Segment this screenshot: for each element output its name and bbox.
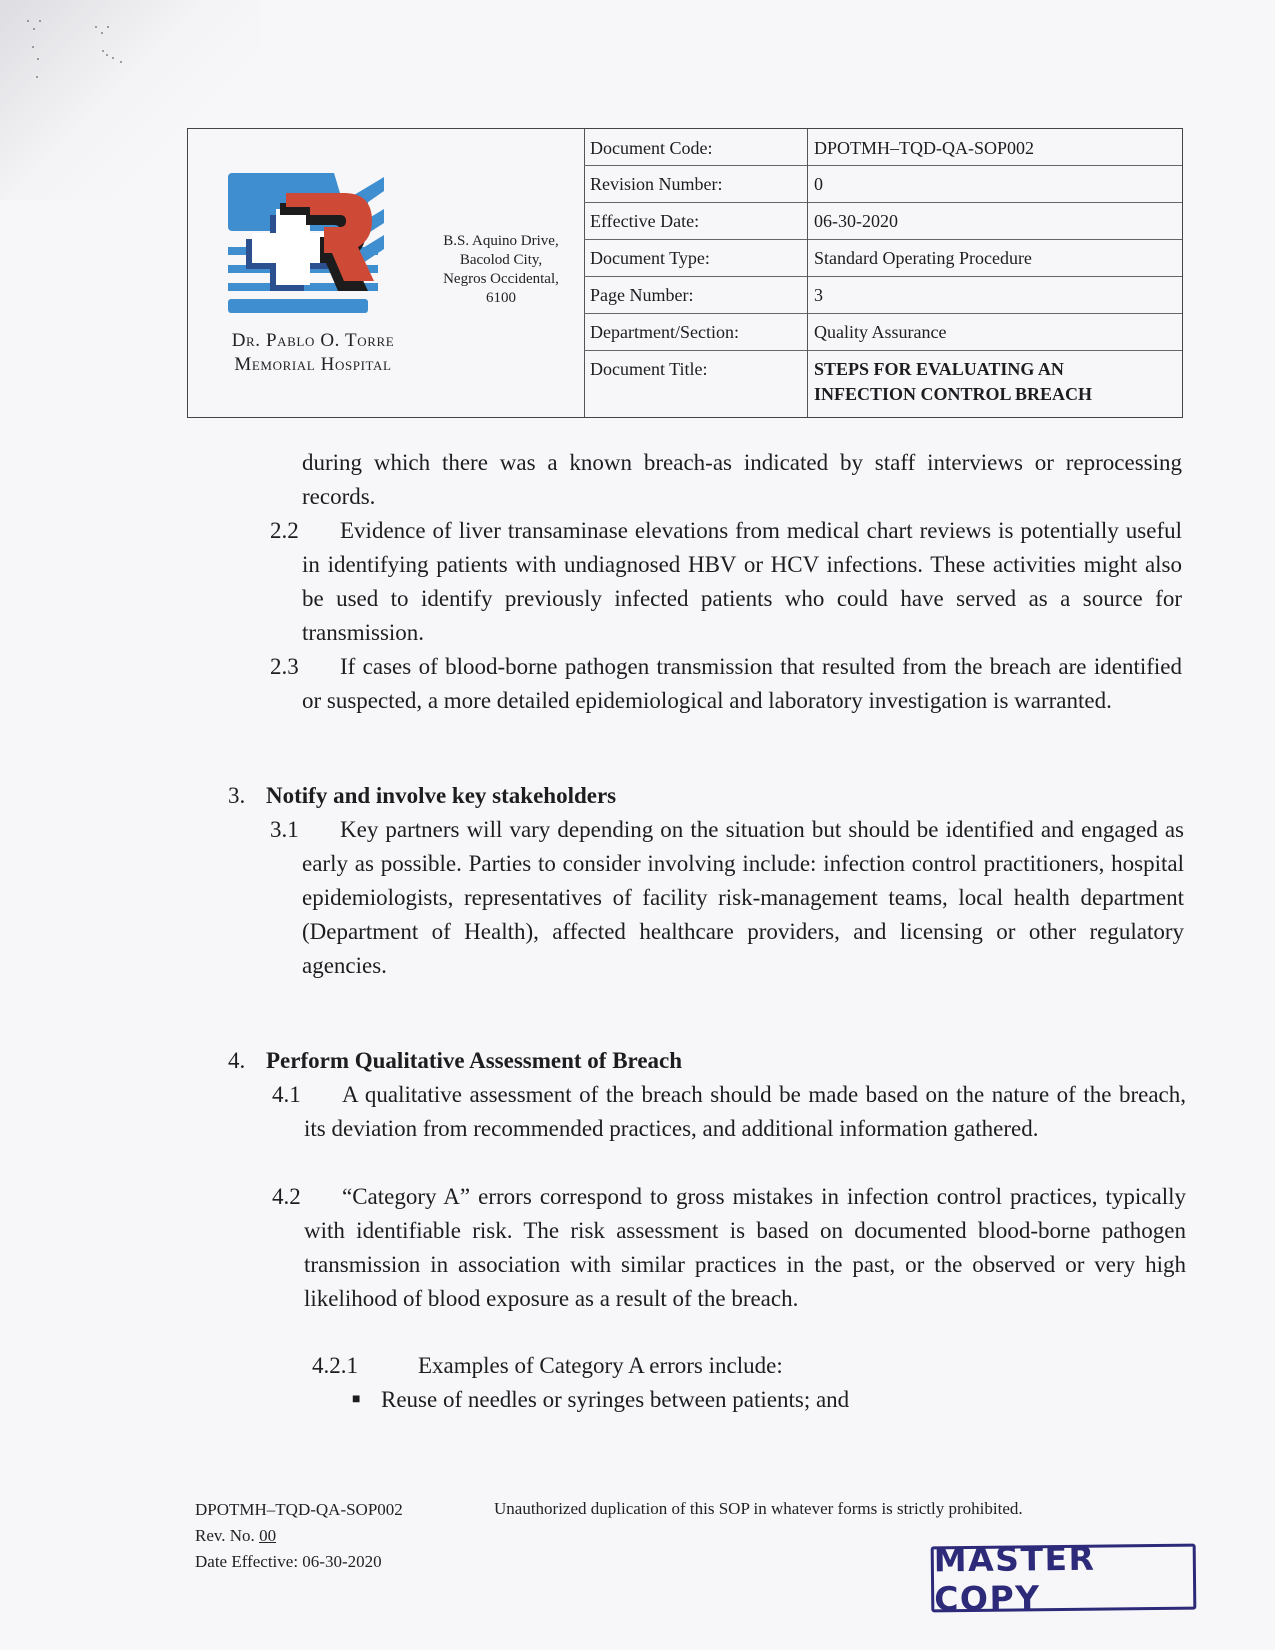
paragraph-3-1: Key partners will vary depending on the … (302, 813, 1184, 983)
footer-duplication-notice: Unauthorized duplication of this SOP in … (494, 1497, 1023, 1521)
section-heading-3: Notify and involve key stakeholders (266, 779, 616, 813)
footer-date-effective: Date Effective: 06-30-2020 (195, 1550, 382, 1574)
field-value: 0 (808, 165, 1182, 202)
address-line: 6100 (426, 289, 576, 308)
footer-rev-label: Rev. No. (195, 1526, 255, 1545)
paragraph-continuation: during which there was a known breach-as… (302, 446, 1182, 514)
footer-revision: Rev. No. 00 (195, 1524, 276, 1548)
field-label: Document Code: (584, 129, 808, 165)
stamp-text: MASTER COPY (934, 1538, 1194, 1619)
field-value: 06-30-2020 (808, 202, 1182, 239)
hospital-logo-icon (224, 173, 384, 321)
field-label: Department/Section: (584, 313, 808, 350)
field-label: Document Title: (584, 350, 808, 417)
field-value: DPOTMH–TQD-QA-SOP002 (808, 129, 1182, 165)
field-label: Page Number: (584, 276, 808, 313)
paragraph-2-3: If cases of blood-borne pathogen transmi… (302, 650, 1182, 718)
document-info-rows: Document Code: DPOTMH–TQD-QA-SOP002 Revi… (584, 129, 1182, 417)
paragraph-4-1: A qualitative assessment of the breach s… (304, 1078, 1186, 1146)
hospital-name: Dr. Pablo O. Torre Memorial Hospital (198, 329, 428, 377)
master-copy-stamp: MASTER COPY (931, 1544, 1197, 1613)
section-heading-4: Perform Qualitative Assessment of Breach (266, 1044, 682, 1078)
logo-cell: Dr. Pablo O. Torre Memorial Hospital B.S… (188, 129, 585, 417)
field-label: Effective Date: (584, 202, 808, 239)
bullet-item: Reuse of needles or syringes between pat… (381, 1383, 849, 1417)
bullet-icon: ■ (352, 1383, 360, 1417)
paragraph-2-2: Evidence of liver transaminase elevation… (302, 514, 1182, 650)
hospital-name-line1: Dr. Pablo O. Torre (198, 329, 428, 353)
field-row-revision-number: Revision Number: 0 (584, 165, 1182, 203)
field-label: Document Type: (584, 239, 808, 276)
document-title: STEPS FOR EVALUATING AN INFECTION CONTRO… (808, 350, 1182, 417)
field-row-document-type: Document Type: Standard Operating Proced… (584, 239, 1182, 277)
field-value: Standard Operating Procedure (808, 239, 1182, 276)
document-header-table: Dr. Pablo O. Torre Memorial Hospital B.S… (187, 128, 1183, 418)
footer-doc-code: DPOTMH–TQD-QA-SOP002 (195, 1498, 403, 1522)
hospital-name-line2: Memorial Hospital (198, 353, 428, 377)
address-line: B.S. Aquino Drive, (426, 232, 576, 251)
field-row-document-code: Document Code: DPOTMH–TQD-QA-SOP002 (584, 129, 1182, 166)
field-value: 3 (808, 276, 1182, 313)
field-label: Revision Number: (584, 165, 808, 202)
field-row-page-number: Page Number: 3 (584, 276, 1182, 314)
paragraph-4-2: “Category A” errors correspond to gross … (304, 1180, 1186, 1316)
field-value: Quality Assurance (808, 313, 1182, 350)
hospital-address: B.S. Aquino Drive, Bacolod City, Negros … (426, 232, 576, 308)
section-number-3-1: 3.1 (270, 813, 299, 847)
paragraph-4-2-1: Examples of Category A errors include: (418, 1349, 783, 1383)
section-number-4-2-1: 4.2.1 (312, 1349, 358, 1383)
section-number-2-2: 2.2 (270, 514, 299, 548)
field-row-document-title: Document Title: STEPS FOR EVALUATING AN … (584, 350, 1182, 417)
footer-rev-value: 00 (259, 1526, 276, 1545)
section-number-3: 3. (228, 779, 245, 813)
section-number-4-2: 4.2 (272, 1180, 301, 1214)
section-number-4: 4. (228, 1044, 245, 1078)
field-row-department: Department/Section: Quality Assurance (584, 313, 1182, 351)
footer-date-label: Date Effective: (195, 1552, 298, 1571)
section-number-4-1: 4.1 (272, 1078, 301, 1112)
field-row-effective-date: Effective Date: 06-30-2020 (584, 202, 1182, 240)
footer-date-value: 06-30-2020 (302, 1552, 381, 1571)
scan-specks (0, 0, 200, 120)
address-line: Negros Occidental, (426, 270, 576, 289)
section-number-2-3: 2.3 (270, 650, 299, 684)
address-line: Bacolod City, (426, 251, 576, 270)
